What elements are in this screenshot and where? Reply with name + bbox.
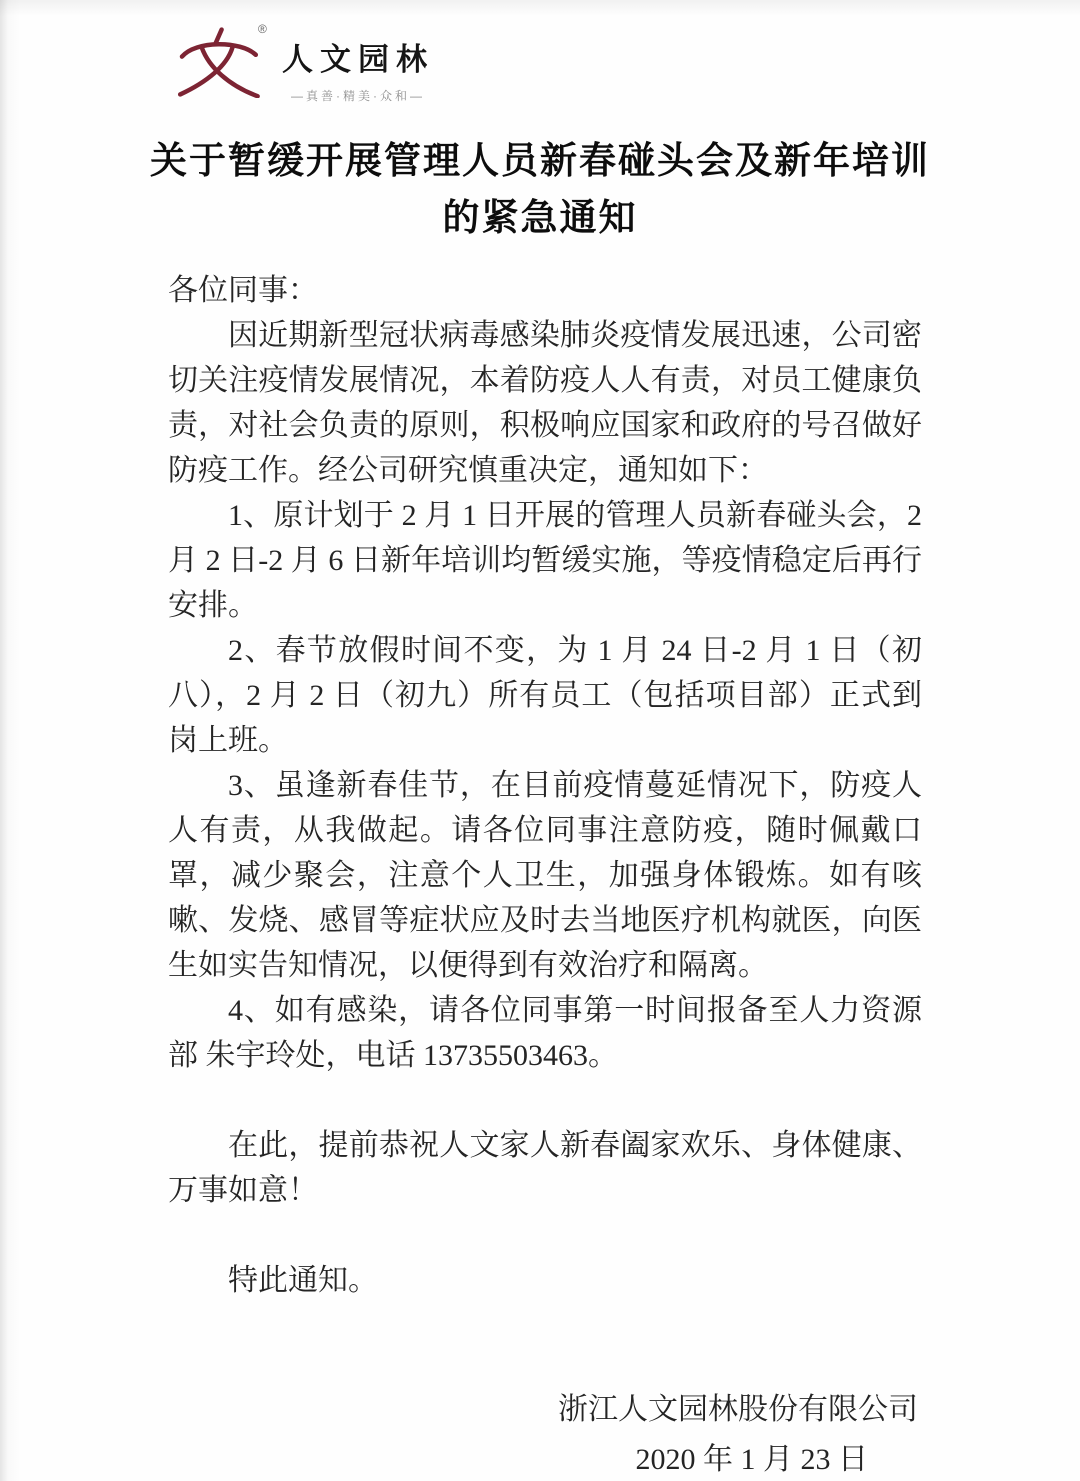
signature-block: 浙江人文园林股份有限公司 2020 年 1 月 23 日 — [0, 1387, 1080, 1481]
paragraph-wish: 在此，提前恭祝人文家人新春阖家欢乐、身体健康、万事如意！ — [168, 1123, 922, 1213]
notice-title: 关于暂缓开展管理人员新春碰头会及新年培训 的紧急通知 — [0, 0, 1080, 246]
paragraph-item-2: 2、春节放假时间不变，为 1 月 24 日-2 月 1 日（初八），2 月 2 … — [168, 628, 922, 763]
logo-mark-icon: ® — [170, 26, 266, 98]
signature-date: 2020 年 1 月 23 日 — [0, 1437, 918, 1481]
notice-body: 各位同事： 因近期新型冠状病毒感染肺炎疫情发展迅速，公司密切关注疫情发展情况，本… — [168, 268, 922, 1303]
paragraph-intro: 因近期新型冠状病毒感染肺炎疫情发展迅速，公司密切关注疫情发展情况，本着防疫人人有… — [168, 313, 922, 493]
company-logo: ® 人文园林 —真善·精美·众和— — [170, 26, 434, 104]
logo-company-name: 人文园林 — [282, 34, 434, 79]
logo-tagline: —真善·精美·众和— — [282, 87, 434, 104]
paragraph-item-3: 3、虽逢新春佳节，在目前疫情蔓延情况下，防疫人人有责，从我做起。请各位同事注意防… — [168, 763, 922, 988]
notice-title-line2: 的紧急通知 — [0, 189, 1080, 246]
registered-trademark-icon: ® — [258, 22, 267, 36]
notice-title-line1: 关于暂缓开展管理人员新春碰头会及新年培训 — [0, 132, 1080, 189]
paragraph-closing: 特此通知。 — [168, 1258, 922, 1303]
notice-page: ® 人文园林 —真善·精美·众和— 关于暂缓开展管理人员新春碰头会及新年培训 的… — [0, 0, 1080, 1481]
logo-text: 人文园林 —真善·精美·众和— — [282, 26, 434, 104]
signature-company: 浙江人文园林股份有限公司 — [0, 1387, 918, 1433]
paragraph-item-4: 4、如有感染，请各位同事第一时间报备至人力资源部 朱宇玲处，电话 1373550… — [168, 988, 922, 1078]
paragraph-item-1: 1、原计划于 2 月 1 日开展的管理人员新春碰头会，2 月 2 日-2 月 6… — [168, 493, 922, 628]
salutation: 各位同事： — [168, 268, 922, 313]
